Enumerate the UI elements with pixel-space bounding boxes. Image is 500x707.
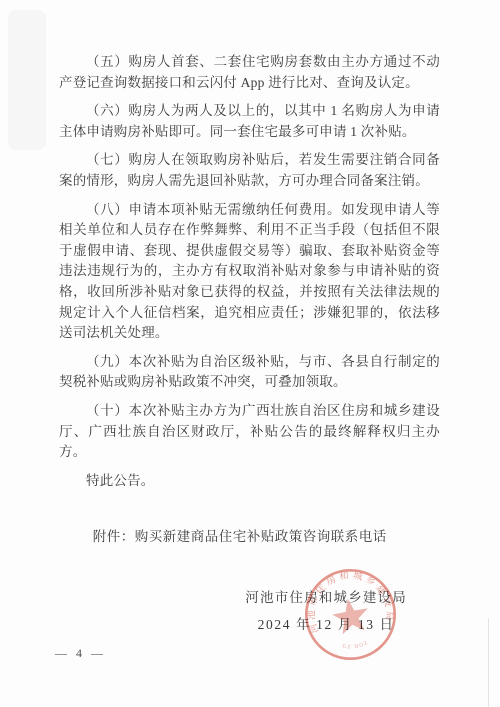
svg-text:GZ HOZ: GZ HOZ xyxy=(341,639,370,652)
closing-statement: 特此公告。 xyxy=(59,471,440,492)
paragraph-item-8: （八）申请本项补贴无需缴纳任何费用。如发现申请人等相关单位和人员存在作弊舞弊、利… xyxy=(59,200,440,344)
signature-org: 河池市住房和城乡建设局 xyxy=(245,586,407,606)
attachment-line: 附件：购买新建商品住宅补贴政策咨询联系电话 xyxy=(59,527,440,548)
paragraph-item-7: （七）购房人在领取购房补贴后，若发生需要注销合同备案的情形，购房人需先退回补贴款… xyxy=(59,150,440,191)
scan-smudge-artifact xyxy=(8,10,46,150)
page-number: — 4 — xyxy=(55,646,106,661)
scanned-notice-page: （五）购房人首套、二套住宅购房套数由主办方通过不动产登记查询数据接口和云闪付 A… xyxy=(0,0,500,707)
signature-date: 2024 年 12 月 13 日 xyxy=(245,613,407,633)
paragraph-item-10: （十）本次补贴主办方为广西壮族自治区住房和城乡建设厅、广西壮族自治区财政厅，补贴… xyxy=(59,401,440,463)
signature-block: 河池市住房和城乡建设局 2024 年 12 月 13 日 xyxy=(245,586,407,633)
document-body: （五）购房人首套、二套住宅购房套数由主办方通过不动产登记查询数据接口和云闪付 A… xyxy=(59,52,440,561)
paragraph-item-9: （九）本次补贴为自治区级补贴，与市、各县自行制定的契税补贴或购房补贴政策不冲突，… xyxy=(59,352,440,393)
paragraph-item-6: （六）购房人为两人及以上的，以其中 1 名购房人为申请主体申请购房补贴即可。同一… xyxy=(59,101,440,142)
scan-edge-artifact xyxy=(488,618,489,707)
seal-code-text: GZ HOZ xyxy=(341,639,370,652)
paragraph-item-5: （五）购房人首套、二套住宅购房套数由主办方通过不动产登记查询数据接口和云闪付 A… xyxy=(59,52,440,93)
